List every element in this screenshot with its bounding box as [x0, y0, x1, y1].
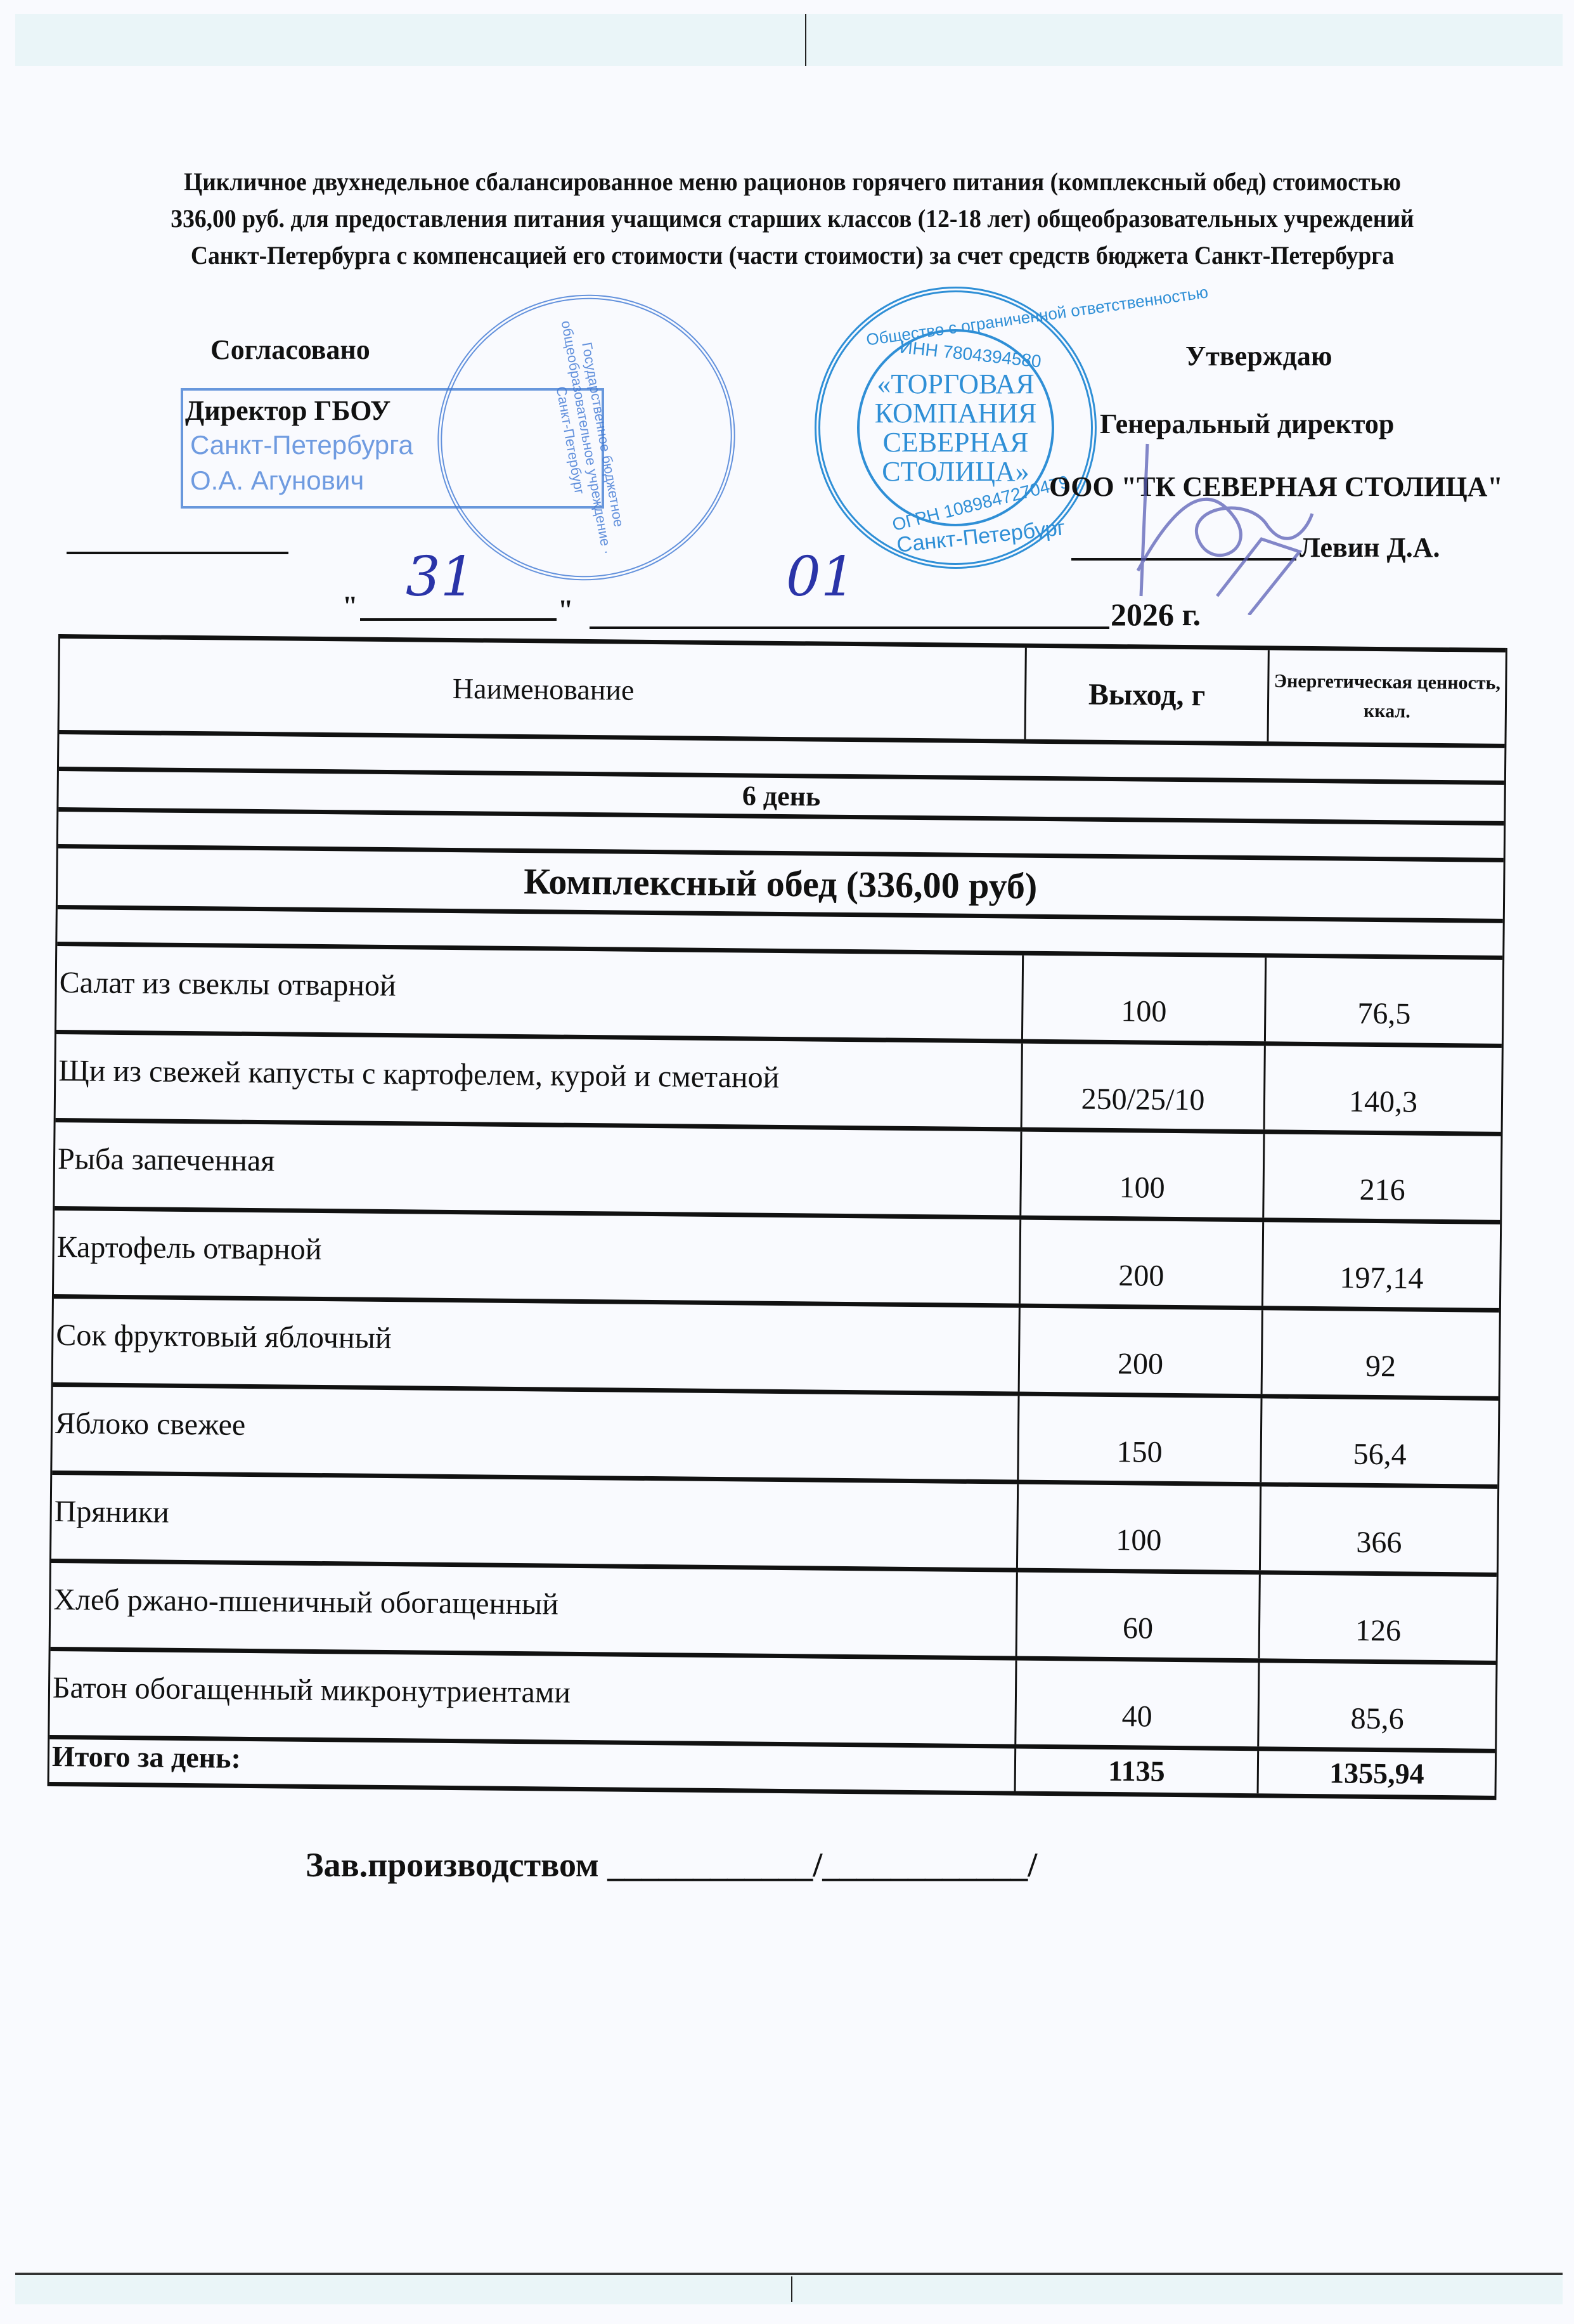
item-name: Яблоко свежее [52, 1387, 1019, 1480]
table-row: Салат из свеклы отварной10076,5 [56, 946, 1502, 1048]
item-kcal: 92 [1263, 1310, 1499, 1396]
item-kcal: 56,4 [1261, 1398, 1498, 1484]
company-seal: Общество с ограниченной ответственностью… [815, 287, 1097, 569]
footer-label: Зав.производством [306, 1846, 599, 1884]
item-name: Хлеб ржано-пшеничный обогащенный [51, 1563, 1018, 1656]
production-manager-signature: Зав.производством ____________/_________… [306, 1845, 1037, 1885]
stamp-director-name: О.А. Агунович [190, 465, 364, 496]
menu-table: Наименование Выход, г Энергетическая цен… [48, 634, 1507, 1800]
school-seal-text: Государственное бюджетное общеобразовате… [538, 297, 635, 578]
seal-company-name: «ТОРГОВАЯ КОМПАНИЯ СЕВЕРНАЯ СТОЛИЦА» [875, 370, 1037, 486]
item-output: 200 [1020, 1308, 1263, 1394]
scan-fold-top [805, 14, 806, 66]
stamp-city: Санкт-Петербурга [190, 430, 413, 460]
date-month[interactable]: 01 [786, 545, 855, 609]
director-role: Директор ГБОУ [185, 394, 390, 427]
header-output: Выход, г [1026, 648, 1269, 742]
item-name: Сок фруктовый яблочный [53, 1299, 1021, 1392]
approve-heading: Утверждаю [1185, 340, 1332, 372]
item-output: 150 [1019, 1396, 1262, 1483]
item-output: 40 [1016, 1661, 1260, 1747]
item-kcal: 126 [1260, 1574, 1497, 1661]
date-close-quote: " [558, 594, 573, 626]
table-row: Рыба запеченная100216 [55, 1122, 1500, 1224]
table-row: Яблоко свежее15056,4 [52, 1387, 1498, 1489]
item-name: Рыба запеченная [55, 1122, 1022, 1216]
date-month-line [590, 626, 1109, 629]
date-day[interactable]: 31 [406, 545, 475, 609]
total-kcal: 1355,94 [1259, 1751, 1495, 1796]
document-title: Цикличное двухнедельное сбалансированное… [113, 164, 1471, 274]
table-row: Пряники100366 [51, 1475, 1497, 1577]
table-row: Щи из свежей капусты с картофелем, курой… [56, 1034, 1502, 1136]
table-row: Картофель отварной200197,14 [54, 1211, 1500, 1313]
scan-edge-top [15, 14, 1563, 66]
item-kcal: 85,6 [1259, 1663, 1495, 1749]
item-kcal: 216 [1264, 1134, 1500, 1220]
date-day-line [360, 618, 557, 621]
left-signature-line [67, 552, 288, 554]
item-name: Картофель отварной [54, 1211, 1021, 1304]
total-label: Итого за день: [49, 1739, 1017, 1791]
item-output: 100 [1018, 1484, 1261, 1571]
director-signature-icon [1103, 406, 1357, 615]
seal-name-line: «ТОРГОВАЯ [875, 370, 1037, 399]
item-output: 250/25/10 [1022, 1044, 1266, 1130]
table-header-row: Наименование Выход, г Энергетическая цен… [59, 634, 1505, 748]
item-output: 100 [1023, 956, 1267, 1042]
item-kcal: 140,3 [1265, 1046, 1502, 1132]
item-name: Щи из свежей капусты с картофелем, курой… [56, 1034, 1023, 1127]
item-output: 60 [1017, 1573, 1261, 1659]
scan-fold-bottom [791, 2276, 792, 2302]
header-energy: Энергетическая ценность, ккал. [1268, 650, 1505, 744]
title-line: 336,00 руб. для предоставления питания у… [113, 200, 1471, 237]
item-output: 200 [1021, 1220, 1264, 1306]
scan-edge-bottom [15, 2273, 1563, 2304]
table-row: Сок фруктовый яблочный20092 [53, 1299, 1499, 1401]
total-output: 1135 [1016, 1749, 1260, 1794]
table-row: Хлеб ржано-пшеничный обогащенный60126 [51, 1563, 1497, 1665]
item-kcal: 197,14 [1263, 1222, 1500, 1308]
seal-name-line: СЕВЕРНАЯ [875, 428, 1037, 457]
item-name: Батон обогащенный микронутриентами [49, 1651, 1017, 1744]
item-kcal: 366 [1261, 1486, 1497, 1573]
date-year: 2026 г. [1111, 596, 1201, 633]
agreed-heading: Согласовано [210, 334, 370, 366]
seal-name-line: КОМПАНИЯ [875, 399, 1037, 428]
header-name: Наименование [60, 639, 1027, 739]
title-line: Санкт-Петербурга с компенсацией его стои… [113, 237, 1471, 274]
item-rows: Салат из свеклы отварной10076,5Щи из све… [49, 946, 1502, 1753]
seal-name-line: СТОЛИЦА» [875, 457, 1037, 486]
table-row: Батон обогащенный микронутриентами4085,6 [49, 1651, 1495, 1753]
item-kcal: 76,5 [1266, 958, 1502, 1044]
item-name: Салат из свеклы отварной [56, 946, 1024, 1039]
footer-blank: ____________/____________/ [607, 1846, 1037, 1884]
title-line: Цикличное двухнедельное сбалансированное… [113, 164, 1471, 200]
item-name: Пряники [51, 1475, 1019, 1568]
item-output: 100 [1021, 1132, 1265, 1218]
date-open-quote: " [342, 590, 358, 622]
